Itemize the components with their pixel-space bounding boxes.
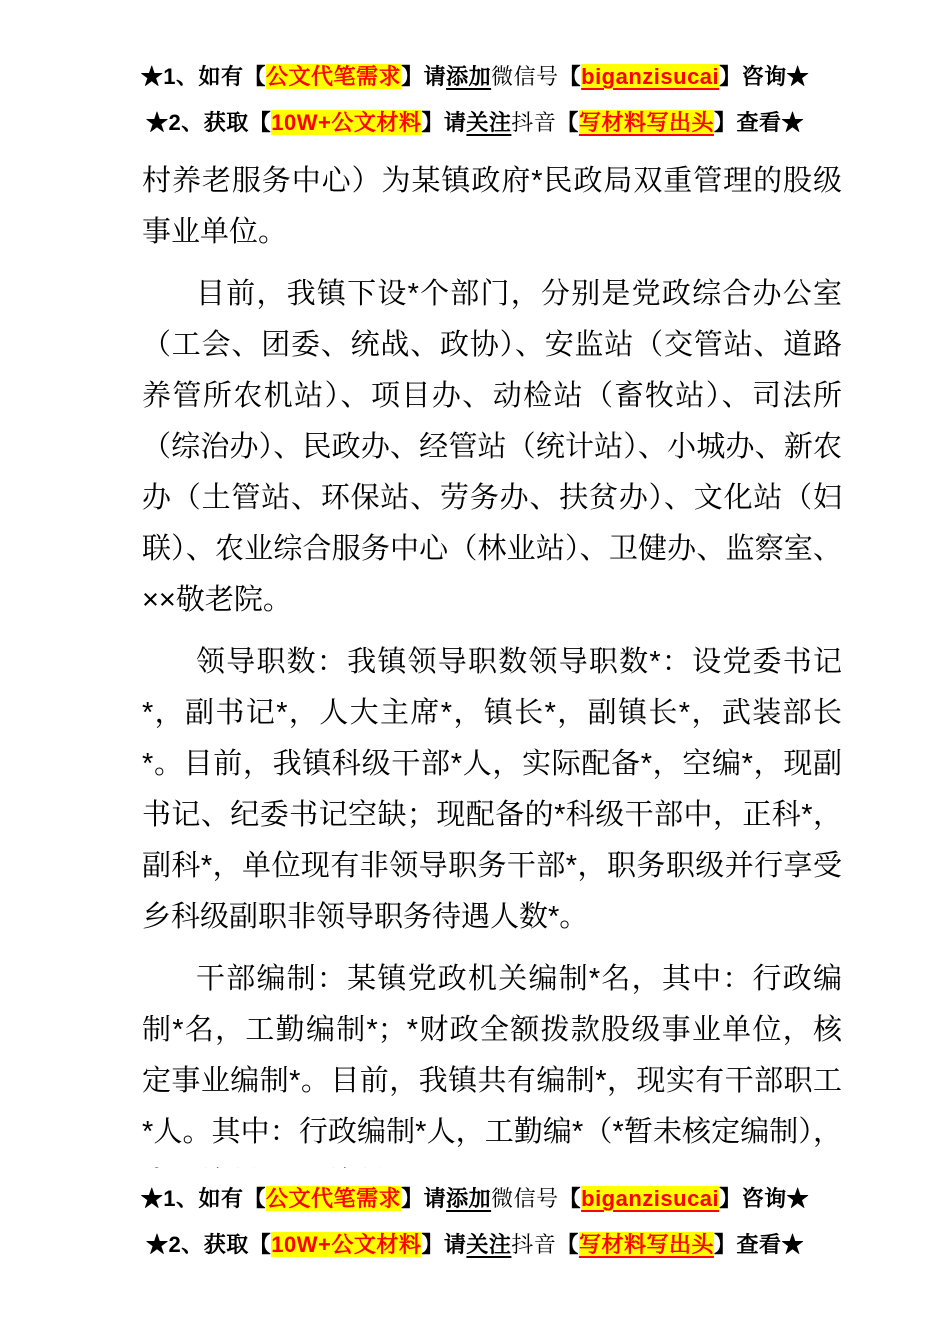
promo-banner-top: ★1、如有【公文代笔需求】请添加微信号【biganzisucai】咨询★ ★2、… bbox=[0, 54, 950, 146]
promo-text-segment: 】咨询★ bbox=[719, 64, 809, 89]
promo-text-segment: 关注 bbox=[466, 1232, 511, 1257]
promo-text-segment: ★1、如有【 bbox=[141, 64, 266, 89]
document-body: 村养老服务中心）为某镇政府*民政局双重管理的股级事业单位。目前，我镇下设*个部门… bbox=[142, 156, 842, 1168]
promo-banner-bottom: ★1、如有【公文代笔需求】请添加微信号【biganzisucai】咨询★ ★2、… bbox=[0, 1176, 950, 1268]
promo-text-segment: 【 bbox=[556, 1232, 579, 1257]
promo-text-segment: 公文代笔需求 bbox=[266, 64, 401, 89]
promo-text-segment: 抖音 bbox=[511, 110, 556, 135]
promo-text-segment: ★2、获取【 bbox=[146, 1232, 271, 1257]
promo-text-segment: 微信号 bbox=[491, 64, 559, 89]
promo-text-segment: 】请 bbox=[401, 1186, 446, 1211]
promo-text-segment: ★2、获取【 bbox=[146, 110, 271, 135]
promo-text-segment: 添加 bbox=[446, 1186, 491, 1211]
promo-text-segment: ★1、如有【 bbox=[141, 1186, 266, 1211]
promo-text-segment: 添加 bbox=[446, 64, 491, 89]
promo-text-segment: 关注 bbox=[466, 110, 511, 135]
body-paragraph: 目前，我镇下设*个部门，分别是党政综合办公室（工会、团委、统战、政协）、安监站（… bbox=[142, 269, 842, 626]
promo-text-segment: 写材料写出头 bbox=[579, 110, 714, 135]
promo-text-segment: 【 bbox=[559, 64, 582, 89]
promo-text-segment: 【 bbox=[559, 1186, 582, 1211]
promo-text-segment: 】咨询★ bbox=[719, 1186, 809, 1211]
promo-text-segment: 】查看★ bbox=[714, 110, 804, 135]
promo-text-segment: 】查看★ bbox=[714, 1232, 804, 1257]
body-paragraph: 领导职数：我镇领导职数领导职数*：设党委书记*，副书记*，人大主席*，镇长*，副… bbox=[142, 637, 842, 943]
promo-text-segment: 写材料写出头 bbox=[579, 1232, 714, 1257]
promo-text-segment: biganzisucai bbox=[581, 64, 719, 89]
promo-line-2: ★2、获取【10W+公文材料】请关注抖音【写材料写出头】查看★ bbox=[0, 100, 950, 146]
body-paragraph: 干部编制：某镇党政机关编制*名，其中：行政编制*名，工勤编制*；*财政全额拨款股… bbox=[142, 954, 842, 1168]
promo-text-segment: 10W+公文材料 bbox=[271, 1232, 421, 1257]
promo-text-segment: 微信号 bbox=[491, 1186, 559, 1211]
promo-line-1: ★1、如有【公文代笔需求】请添加微信号【biganzisucai】咨询★ bbox=[0, 1176, 950, 1222]
promo-text-segment: 】请 bbox=[421, 110, 466, 135]
promo-text-segment: 抖音 bbox=[511, 1232, 556, 1257]
promo-line-2: ★2、获取【10W+公文材料】请关注抖音【写材料写出头】查看★ bbox=[0, 1222, 950, 1268]
promo-text-segment: 】请 bbox=[421, 1232, 466, 1257]
document-page: ★1、如有【公文代笔需求】请添加微信号【biganzisucai】咨询★ ★2、… bbox=[0, 0, 950, 1344]
promo-text-segment: 公文代笔需求 bbox=[266, 1186, 401, 1211]
promo-text-segment: 】请 bbox=[401, 64, 446, 89]
promo-line-1: ★1、如有【公文代笔需求】请添加微信号【biganzisucai】咨询★ bbox=[0, 54, 950, 100]
promo-text-segment: biganzisucai bbox=[581, 1186, 719, 1211]
promo-text-segment: 10W+公文材料 bbox=[271, 110, 421, 135]
promo-text-segment: 【 bbox=[556, 110, 579, 135]
body-paragraph: 村养老服务中心）为某镇政府*民政局双重管理的股级事业单位。 bbox=[142, 156, 842, 258]
